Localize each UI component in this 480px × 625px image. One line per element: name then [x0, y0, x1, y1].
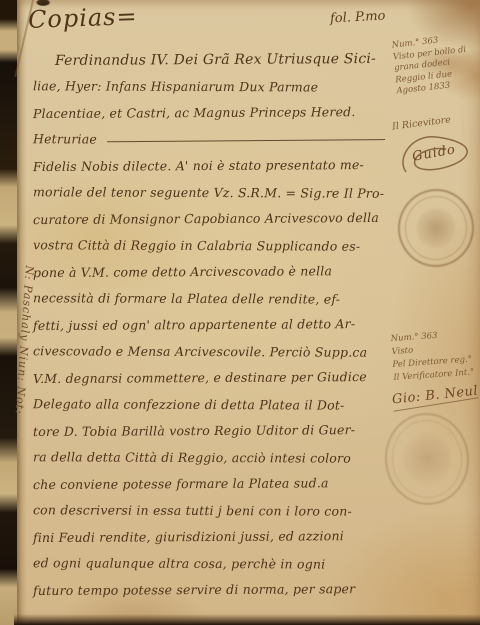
manuscript-line-text: Hetruriae	[33, 126, 97, 153]
manuscript-line: Placentiae, et Castri, ac Magnus Princep…	[33, 99, 389, 128]
manuscript-line: con descriversi in essa tutti j beni con…	[33, 497, 389, 525]
manuscript-line: futuro tempo potesse servire di norma, p…	[33, 576, 389, 605]
manuscript-line: moriale del tenor seguente Vz. S.R.M. = …	[33, 179, 389, 207]
verifier-signature: Gio: B. Neul	[391, 384, 479, 410]
manuscript-line: fini Feudi rendite, giurisdizioni jussi,…	[33, 523, 389, 552]
manuscript-line: Fidelis Nobis dilecte. A' noi è stato pr…	[33, 152, 389, 181]
folio-number: fol. P.mo	[330, 9, 386, 27]
manuscript-line: tore D. Tobia Barillà vostro Regio Udito…	[33, 417, 389, 446]
manuscript-line: necessità di formare la Platea delle ren…	[33, 285, 389, 313]
revenue-stamp-note: Num.° 363 Visto per bollo di grana dodec…	[391, 32, 480, 98]
manuscript-line: Hetruriae	[33, 126, 389, 154]
manuscript-line: liae, Hyer: Infans Hispaniarum Dux Parma…	[33, 73, 389, 101]
binding-edge	[0, 0, 17, 625]
manuscript-line: pone à V.M. come detto Arcivescovado è n…	[33, 258, 389, 287]
copy-heading: Copias=	[28, 2, 139, 34]
manuscript-line: Ferdinandus IV. Dei Grã Rex Utriusque Si…	[33, 46, 389, 75]
manuscript-line: che conviene potesse formare la Platea s…	[33, 470, 389, 499]
manuscript-line: ed ogni qualunque altra cosa, perchè in …	[33, 550, 389, 578]
receiver-signature: Guido	[396, 128, 474, 182]
manuscript-line: vostra Città di Reggio in Calabria Suppl…	[33, 232, 389, 260]
circular-ink-stamp	[393, 184, 479, 272]
flourish-rule	[107, 138, 385, 141]
manuscript-body: Ferdinandus IV. Dei Grã Rex Utriusque Si…	[33, 47, 389, 604]
manuscript-line: Delegato alla confezzione di detta Plate…	[33, 391, 389, 419]
manuscript-line: ra della detta Città di Reggio, acciò in…	[33, 444, 389, 472]
manuscript-line: fetti, jussi ed ogn' altro appartenente …	[33, 311, 389, 340]
manuscript-line: civescovado e Mensa Arcivescovile. Perci…	[33, 338, 389, 366]
verification-note: Num.° 363 Visto Pel Direttore reg.° Il V…	[390, 327, 480, 385]
manuscript-line: V.M. degnarsi commettere, e destinare pe…	[33, 364, 389, 393]
page-bottom-edge	[14, 614, 480, 625]
manuscript-page: Copias= fol. P.mo Ferdinandus IV. Dei Gr…	[0, 0, 480, 625]
circular-ink-stamp-faint	[380, 409, 473, 509]
manuscript-line: curatore di Monsignor Capobianco Arcives…	[33, 205, 389, 234]
